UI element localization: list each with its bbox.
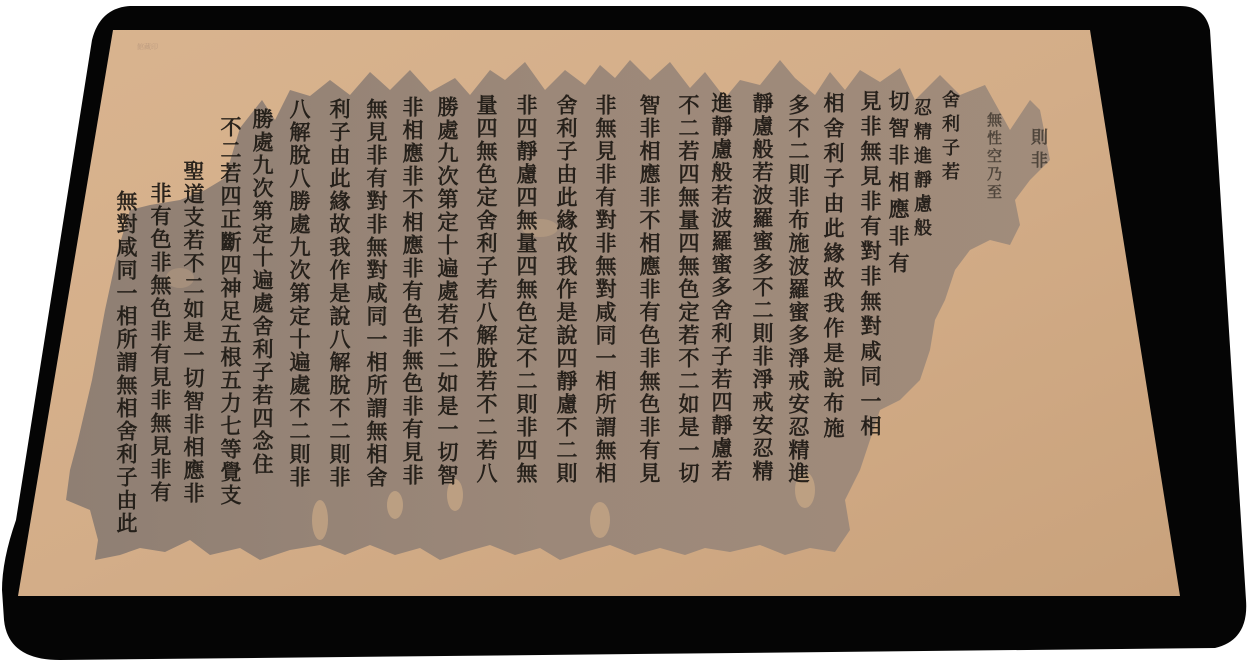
text-column: 則非 [1028,128,1045,174]
photo-frame: 館藏印 則非 無性空乃至 舍利子若 忍精進靜慮般 切智非相應非有 見非無見非有對… [0,0,1249,660]
text-column: 無見非有對非無對咸同一相所謂無相舍 [366,98,387,489]
text-column: 多不二則非布施波羅蜜多淨戒安忍精進 [788,94,809,485]
text-column: 切智非相應非有 [888,90,909,279]
text-column: 利子由此緣故我作是說八解脫不二則非 [329,98,350,489]
text-column: 無對咸同一相所謂無相舍利子由此 [116,190,137,535]
text-column: 聖道支若不二如是一切智非相應非 [183,160,204,505]
text-column: 非有色非無色非有見非無見非有 [150,182,171,504]
text-column: 靜慮般若波羅蜜多不二則非淨戒安忍精 [752,92,773,483]
text-column: 進靜慮般若波羅蜜多舍利子若四靜慮若 [711,92,732,483]
text-columns: 則非 無性空乃至 舍利子若 忍精進靜慮般 切智非相應非有 見非無見非有對非無對咸… [0,0,1249,660]
text-column: 勝處九次第定十遍處若不二如是一切智 [437,96,458,487]
text-column: 舍利子由此緣故我作是說四靜慮不二則 [556,94,577,485]
text-column: 舍利子若 [940,90,958,186]
text-column: 相舍利子由此緣故我作是說布施 [823,92,844,442]
text-column: 八解脫八勝處九次第定十遍處不二則非 [289,98,310,489]
text-column: 無性空乃至 [986,112,1001,202]
text-column: 非無見非有對非無對咸同一相所謂無相 [595,94,616,485]
text-column: 不二若四正斷四神足五根五力七等覺支 [220,116,241,507]
text-column: 見非無見非有對非無對咸同一相 [860,90,881,440]
text-column: 忍精進靜慮般 [912,98,930,242]
text-column: 量四無色定舍利子若八解脫若不二若八 [476,94,497,485]
text-column: 不二若四無量四無色定若不二如是一切 [678,94,699,485]
text-column: 智非相應非不相應非有色非無色非有見 [639,94,660,485]
text-column: 非四靜慮四無量四無色定不二則非四無 [516,94,537,485]
text-column: 非相應非不相應非有色非無色非有見非 [402,96,423,487]
text-column: 勝處九次第定十遍處舍利子若四念住 [252,108,273,476]
